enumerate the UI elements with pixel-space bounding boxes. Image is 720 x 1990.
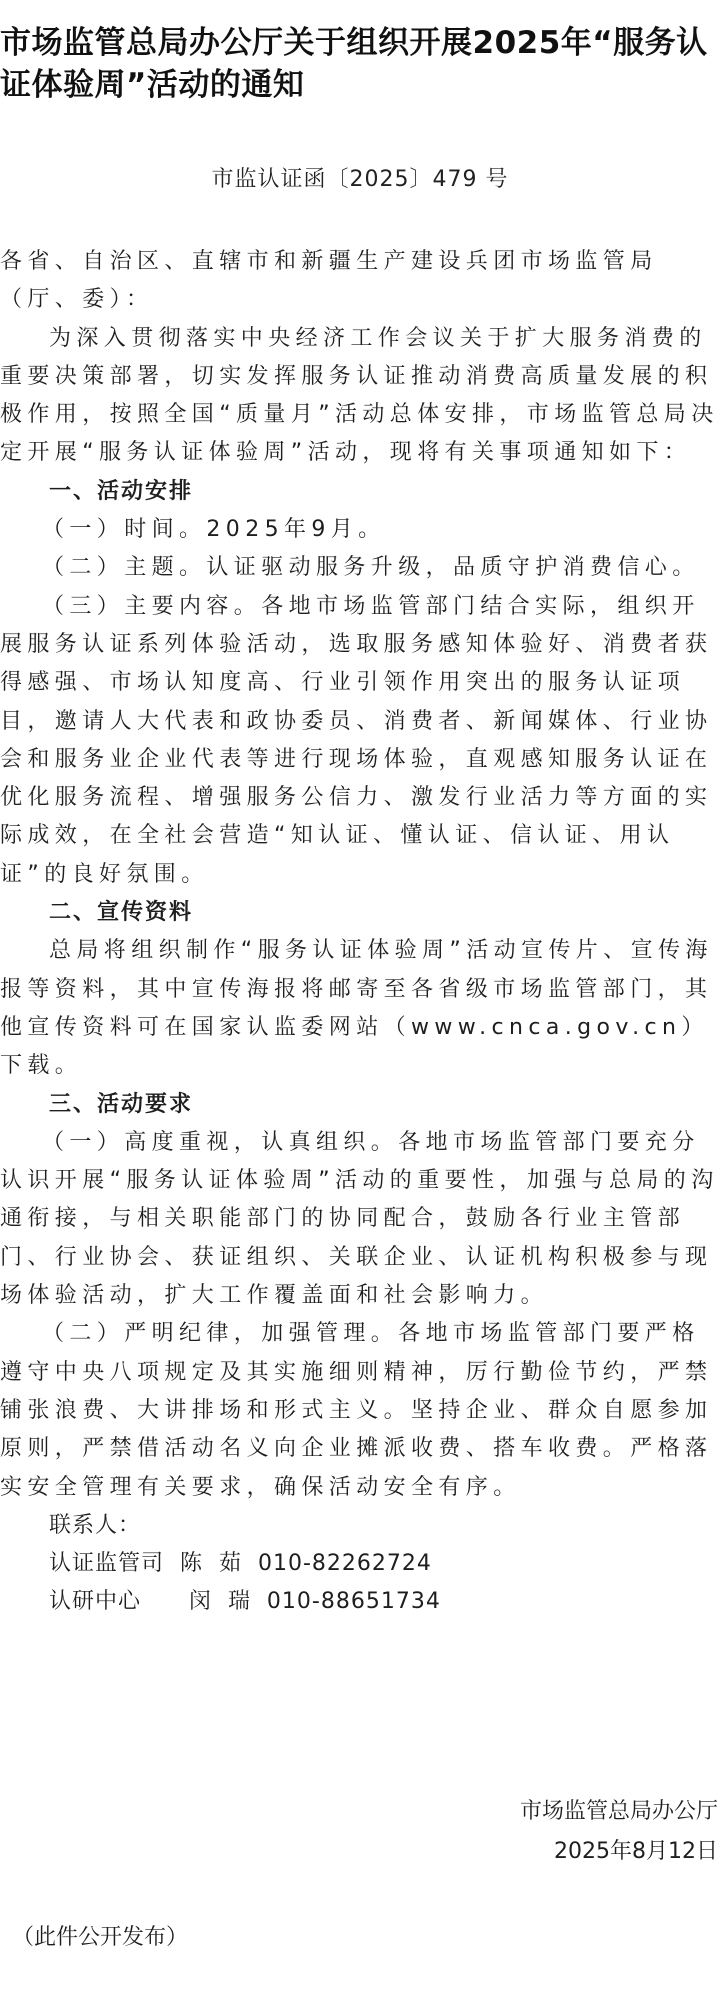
document-body: 各省、自治区、直辖市和新疆生产建设兵团市场监管局（厅、委）： 为深入贯彻落实中央… bbox=[0, 243, 720, 1622]
intro-paragraph: 为深入贯彻落实中央经济工作会议关于扩大服务消费的重要决策部署，切实发挥服务认证推… bbox=[0, 320, 720, 473]
paragraph-time: （一）时间。2025年9月。 bbox=[0, 511, 720, 549]
contacts-label: 联系人： bbox=[0, 1507, 720, 1545]
document-number: 市监认证函〔2025〕479 号 bbox=[0, 160, 720, 200]
contact-row-2: 认研中心 闵 瑞 010-88651734 bbox=[0, 1583, 720, 1621]
document-title: 市场监管总局办公厅关于组织开展2025年“服务认证体验周”活动的通知 bbox=[0, 22, 715, 106]
contact-row-1: 认证监管司 陈 茹 010-82262724 bbox=[0, 1545, 720, 1583]
public-release-note: （此件公开发布） bbox=[12, 1918, 188, 1958]
paragraph-requirement-2: （二）严明纪律，加强管理。各地市场监管部门要严格遵守中央八项规定及其实施细则精神… bbox=[0, 1315, 720, 1506]
section-heading-materials: 二、宣传资料 bbox=[0, 894, 720, 932]
signature-block: 市场监管总局办公厅 2025年8月12日 bbox=[520, 1792, 718, 1872]
issue-date: 2025年8月12日 bbox=[520, 1832, 718, 1872]
paragraph-materials: 总局将组织制作“服务认证体验周”活动宣传片、宣传海报等资料，其中宣传海报将邮寄至… bbox=[0, 932, 720, 1085]
paragraph-theme: （二）主题。认证驱动服务升级，品质守护消费信心。 bbox=[0, 549, 720, 587]
section-heading-arrangement: 一、活动安排 bbox=[0, 473, 720, 511]
paragraph-requirement-1: （一）高度重视，认真组织。各地市场监管部门要充分认识开展“服务认证体验周”活动的… bbox=[0, 1124, 720, 1315]
paragraph-content: （三）主要内容。各地市场监管部门结合实际，组织开展服务认证系列体验活动，选取服务… bbox=[0, 588, 720, 894]
issuer: 市场监管总局办公厅 bbox=[520, 1792, 718, 1832]
section-heading-requirements: 三、活动要求 bbox=[0, 1086, 720, 1124]
addressee: 各省、自治区、直辖市和新疆生产建设兵团市场监管局（厅、委）： bbox=[0, 243, 720, 320]
